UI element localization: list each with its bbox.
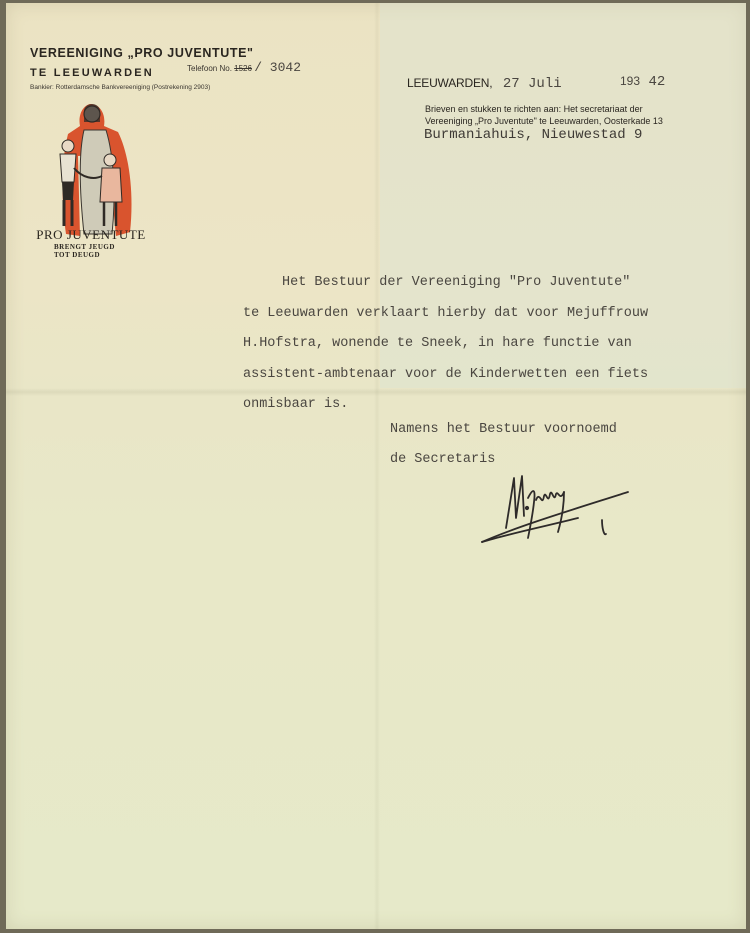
phone-info: Telefoon No. 1526 / 3042 — [187, 60, 301, 75]
organization-name: VEREENIGING „PRO JUVENTUTE" — [30, 46, 254, 60]
date-place: LEEUWARDEN, — [407, 76, 492, 90]
address-line1: Brieven en stukken te richten aan: Het s… — [425, 103, 663, 115]
year-value: 42 — [648, 74, 665, 90]
letterhead-city-row: TE LEEUWARDEN Telefoon No. 1526 / 3042 — [30, 63, 310, 79]
body-line: assistent-ambtenaar voor de Kinderwetten… — [243, 360, 648, 391]
date-year: 193 42 — [620, 74, 665, 90]
signature — [478, 468, 633, 548]
letter-body: Het Bestuur der Vereeniging "Pro Juventu… — [243, 268, 648, 421]
closing: Namens het Bestuur voornoemd de Secretar… — [390, 415, 617, 475]
body-line: H.Hofstra, wonende te Sneek, in hare fun… — [243, 329, 648, 360]
typed-address: Burmaniahuis, Nieuwestad 9 — [424, 127, 642, 143]
logo-title: PRO JUVENTUTE — [36, 227, 146, 243]
letterhead: VEREENIGING „PRO JUVENTUTE" TE LEEUWARDE… — [30, 46, 254, 60]
body-line: Het Bestuur der Vereeniging "Pro Juventu… — [243, 268, 648, 299]
year-prefix: 193 — [620, 74, 640, 88]
logo-motto-line2: TOT DEUGD — [54, 251, 146, 259]
correspondence-address: Brieven en stukken te richten aan: Het s… — [425, 103, 663, 127]
phone-label: Telefoon No. — [187, 64, 232, 73]
body-line: te Leeuwarden verklaart hierby dat voor … — [243, 299, 648, 330]
logo-caption: PRO JUVENTUTE BRENGT JEUGD TOT DEUGD — [36, 227, 146, 259]
dateline: LEEUWARDEN, 27 Juli — [407, 74, 562, 92]
address-line2: Vereeniging „Pro Juventute" te Leeuwarde… — [425, 115, 663, 127]
letter-page: VEREENIGING „PRO JUVENTUTE" TE LEEUWARDE… — [6, 3, 746, 929]
closing-line1: Namens het Bestuur voornoemd — [390, 415, 617, 445]
bank-info: Bankier: Rotterdamsche Bankvereeniging (… — [30, 84, 210, 91]
logo-motto-line1: BRENGT JEUGD — [54, 243, 146, 251]
phone-struck: 1526 — [234, 64, 252, 73]
letterhead-city: TE LEEUWARDEN — [30, 67, 154, 79]
date-day-month: 27 Juli — [503, 76, 562, 92]
phone-number: / 3042 — [254, 60, 301, 75]
